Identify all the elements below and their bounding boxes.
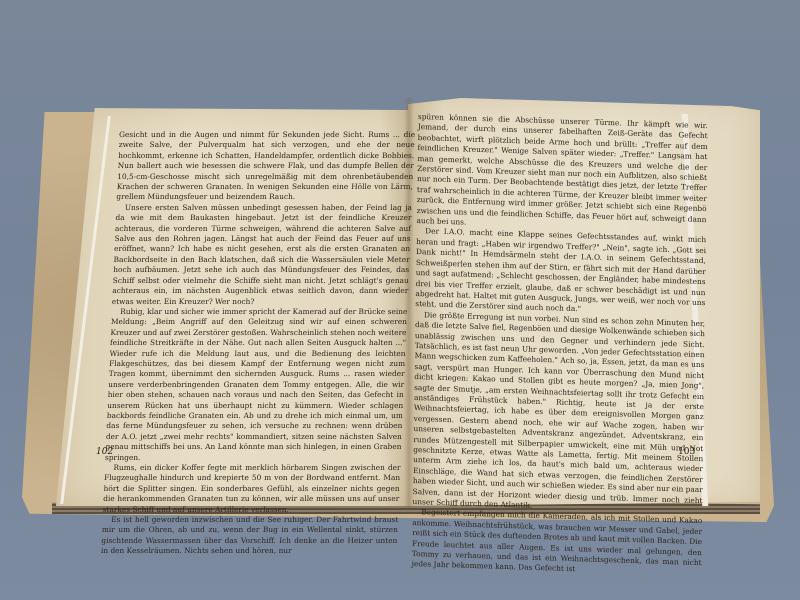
paragraph: Es ist hell geworden inzwischen und die … bbox=[101, 515, 399, 557]
paragraph: Die größte Erregung ist nun vorbei. Nun … bbox=[412, 310, 705, 517]
paragraph: Begeistert empfangen mich die Kameraden,… bbox=[412, 507, 703, 579]
left-page-text: Gesicht und in die Augen und nimmt für S… bbox=[101, 130, 416, 557]
paragraph: Der I.A.O. macht eine Klappe seines Gefe… bbox=[415, 226, 706, 318]
paragraph: Gesicht und in die Augen und nimmt für S… bbox=[116, 130, 415, 203]
left-page-number: 102 bbox=[96, 447, 113, 457]
right-page-number: 103 bbox=[678, 447, 695, 457]
paragraph: Unsere ersten Salven müssen unbedingt ge… bbox=[112, 203, 413, 307]
paragraph: Rubig, klar und sicher wie immer spricht… bbox=[105, 307, 408, 463]
paragraph: spüren können sie die Abschüsse unserer … bbox=[416, 112, 707, 236]
paragraph: Rums, ein dicker Koffer fegte mit merkli… bbox=[103, 463, 401, 515]
right-page-text: spüren können sie die Abschüsse unserer … bbox=[412, 112, 708, 579]
photo-scene: Gesicht und in die Augen und nimmt für S… bbox=[0, 0, 800, 600]
